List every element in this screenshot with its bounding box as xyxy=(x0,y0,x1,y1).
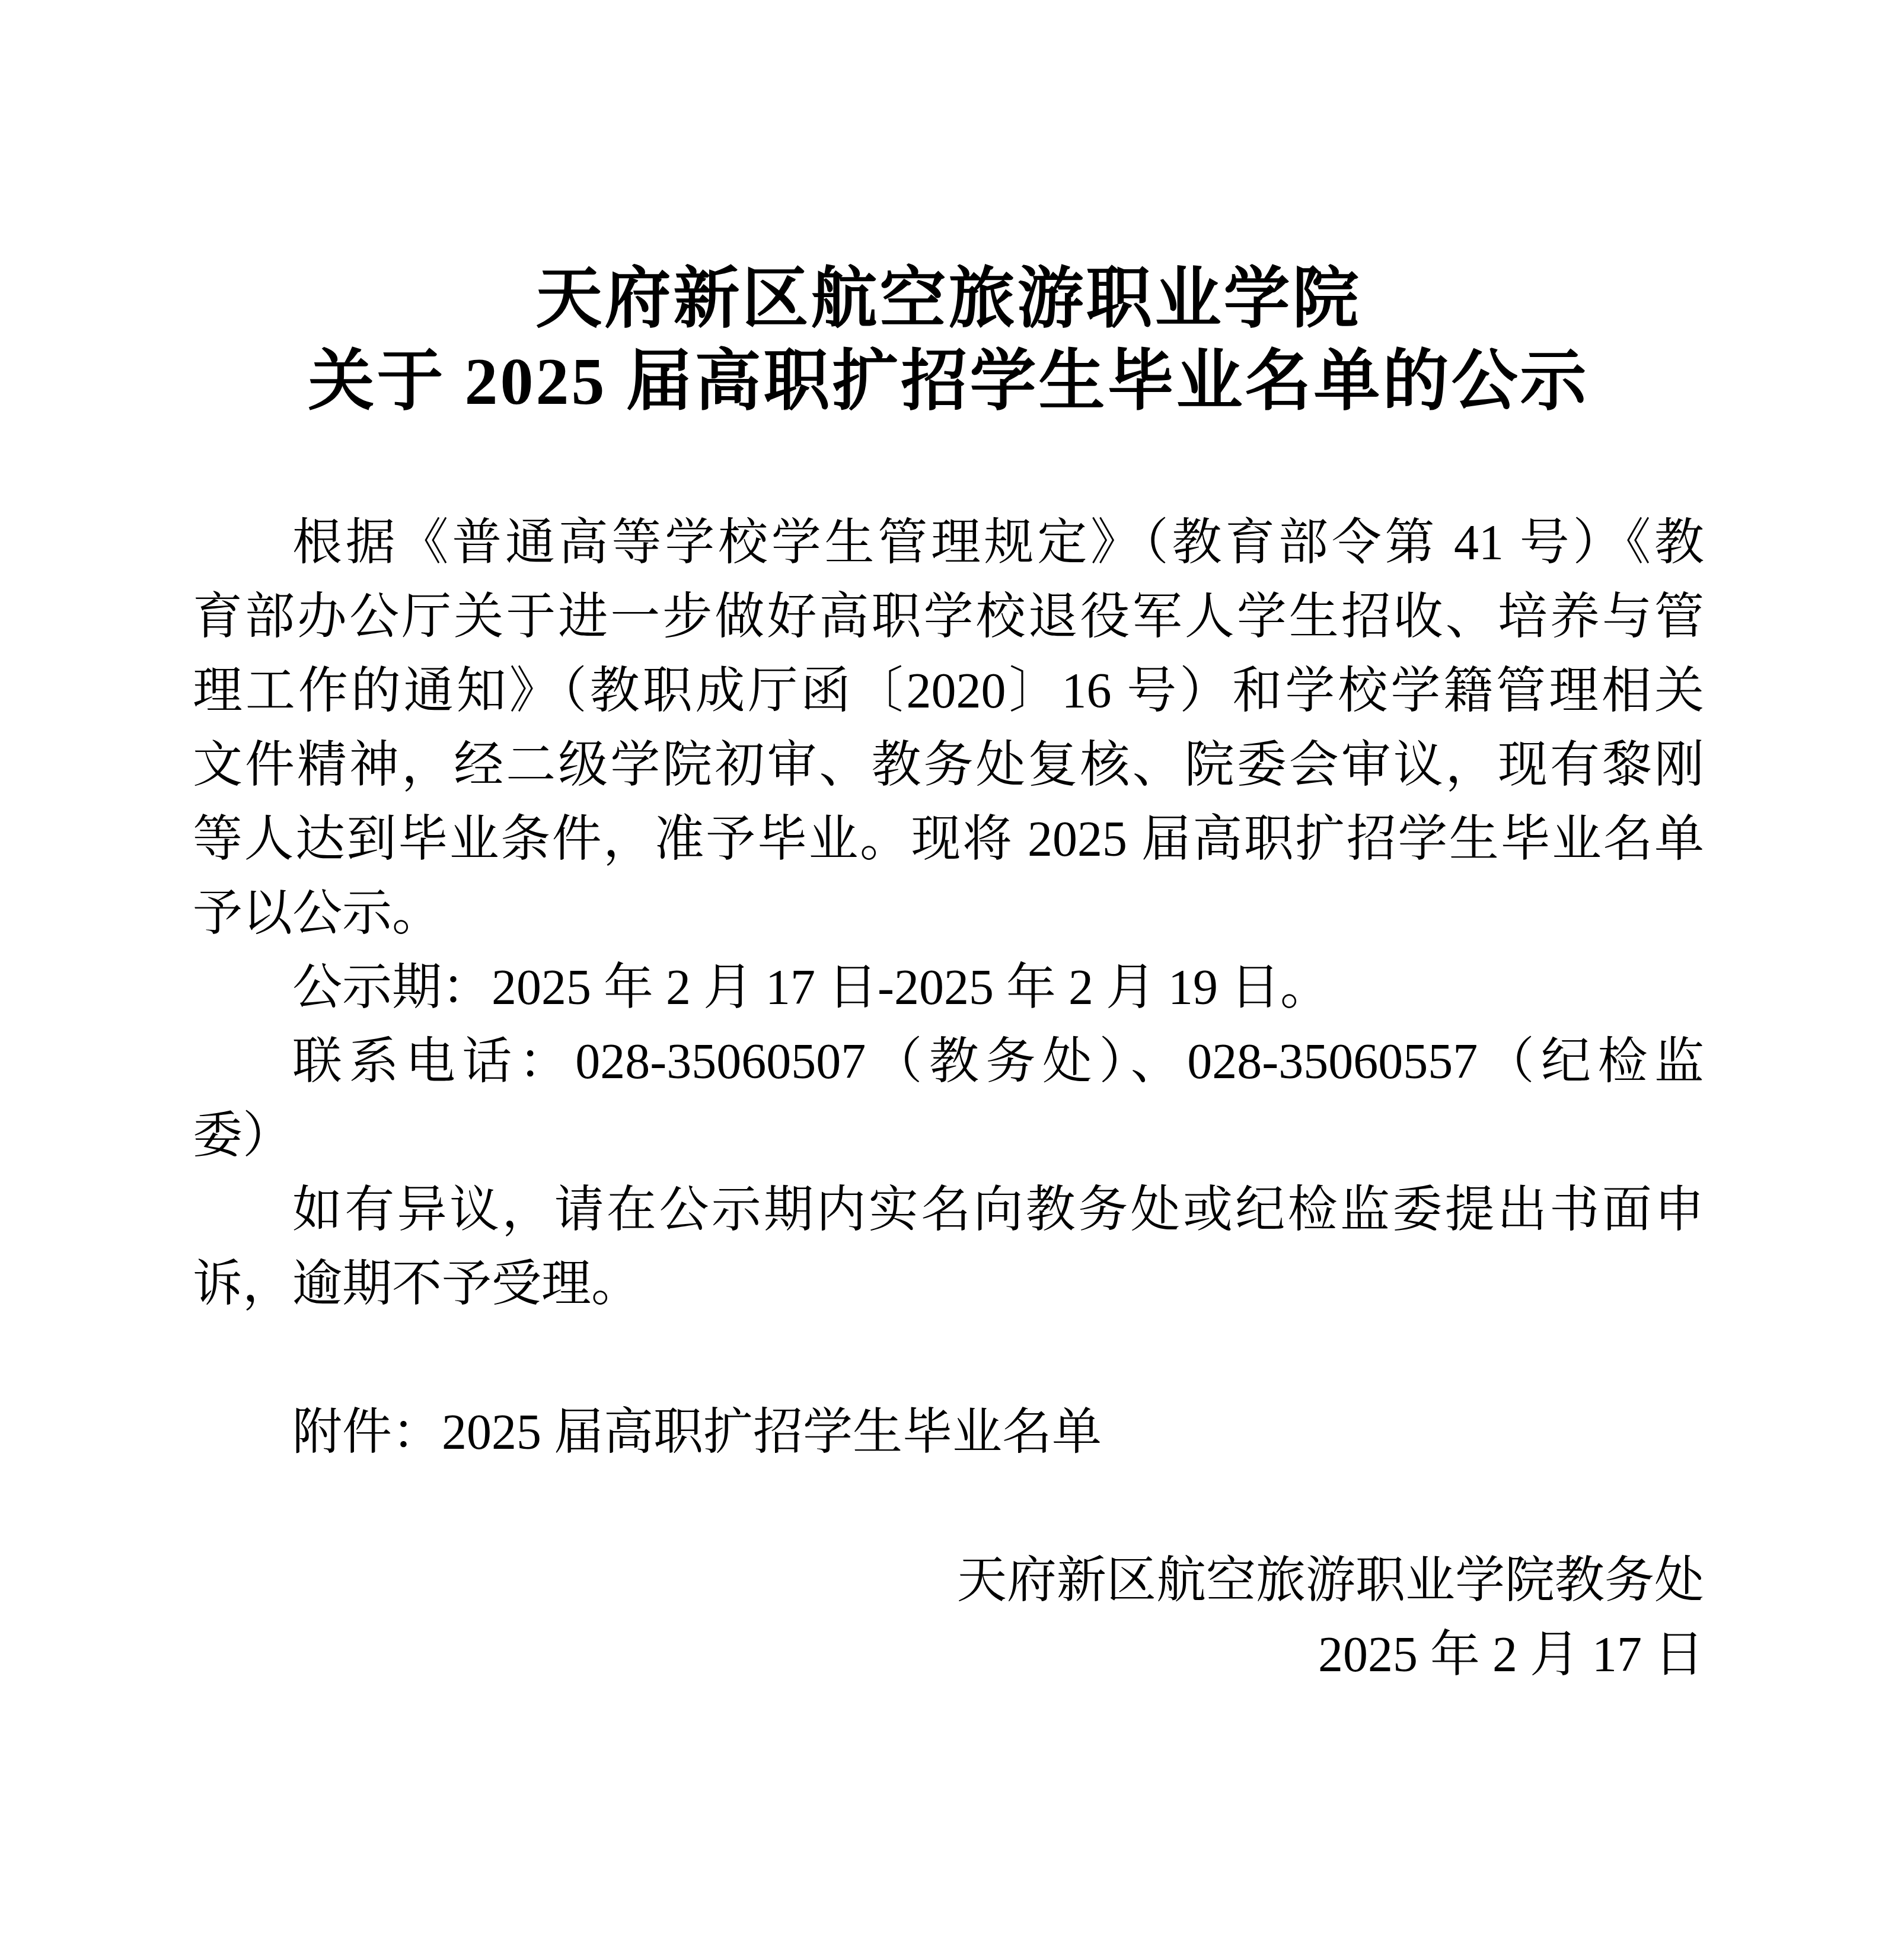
document-content: 天府新区航空旅游职业学院 关于 2025 届高职扩招学生毕业名单的公示 根据《普… xyxy=(193,0,1704,1692)
body-block: 根据《普通高等学校学生管理规定》（教育部令第 41 号）《教育部办公厅关于进一步… xyxy=(193,506,1704,1692)
doc-title-line-2: 关于 2025 届高职扩招学生毕业名单的公示 xyxy=(193,341,1704,423)
paragraph-basis: 予以公示。 xyxy=(193,877,1704,951)
paragraph-appeal: 诉，逾期不予受理。 xyxy=(193,1247,1704,1321)
blank-line xyxy=(193,1470,1704,1544)
paragraph-basis: 根据《普通高等学校学生管理规定》（教育部令第 41 号）《教 xyxy=(193,506,1704,580)
document-page: 天府新区航空旅游职业学院 关于 2025 届高职扩招学生毕业名单的公示 根据《普… xyxy=(0,0,1882,1960)
doc-title-line-1: 天府新区航空旅游职业学院 xyxy=(193,259,1704,341)
paragraph-basis: 理工作的通知》（教职成厅函〔2020〕16 号）和学校学籍管理相关 xyxy=(193,654,1704,728)
paragraph-contact: 委） xyxy=(193,1099,1704,1173)
date-line: 2025 年 2 月 17 日 xyxy=(193,1618,1704,1692)
title-block: 天府新区航空旅游职业学院 关于 2025 届高职扩招学生毕业名单的公示 xyxy=(193,259,1704,423)
paragraph-basis: 文件精神，经二级学院初审、教务处复核、院委会审议，现有黎刚 xyxy=(193,728,1704,802)
signature-line: 天府新区航空旅游职业学院教务处 xyxy=(193,1544,1704,1618)
paragraph-publicity-period: 公示期：2025 年 2 月 17 日-2025 年 2 月 19 日。 xyxy=(193,951,1704,1025)
paragraph-contact: 联系电话：028-35060507（教务处）、028-35060557（纪检监 xyxy=(193,1025,1704,1099)
paragraph-basis: 等人达到毕业条件，准予毕业。现将 2025 届高职扩招学生毕业名单 xyxy=(193,802,1704,877)
attachment-line: 附件：2025 届高职扩招学生毕业名单 xyxy=(193,1395,1704,1470)
paragraph-basis: 育部办公厅关于进一步做好高职学校退役军人学生招收、培养与管 xyxy=(193,580,1704,654)
blank-line xyxy=(193,1321,1704,1395)
paragraph-appeal: 如有异议，请在公示期内实名向教务处或纪检监委提出书面申 xyxy=(193,1173,1704,1247)
